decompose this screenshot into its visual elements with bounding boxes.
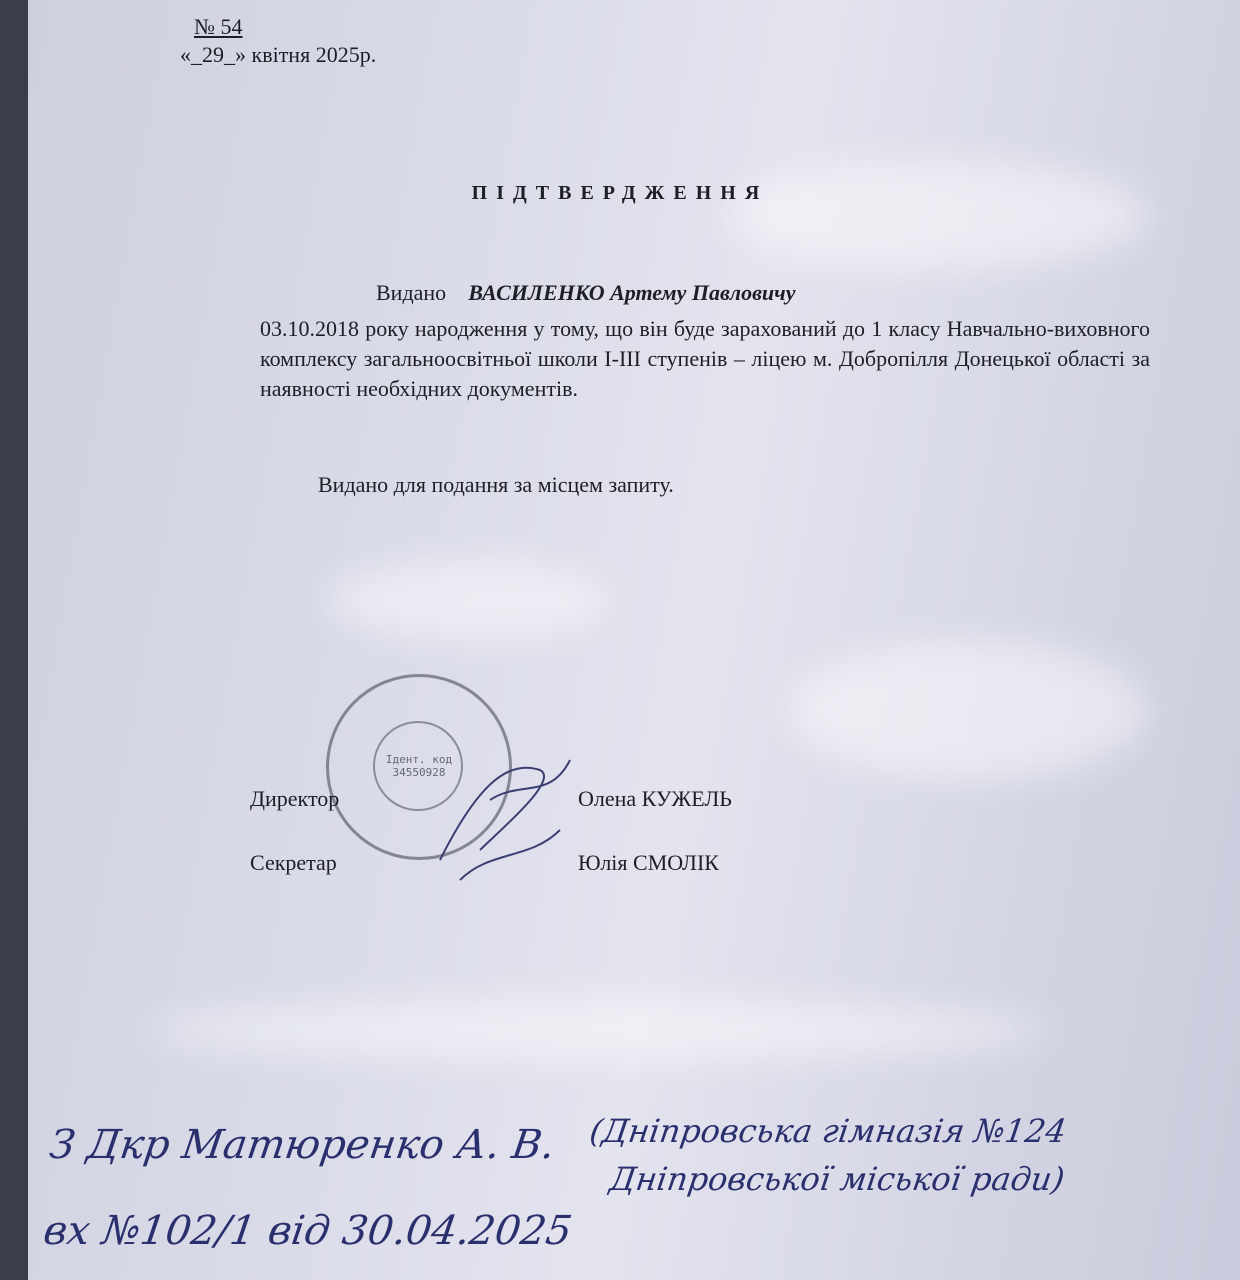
secretary-role: Секретар	[250, 850, 337, 876]
document-body: 03.10.2018 року народження у тому, що ві…	[260, 314, 1150, 404]
handwritten-note-line3: вх №102/1 від 30.04.2025	[41, 1208, 575, 1254]
document-date: «_29_» квітня 2025р.	[180, 42, 376, 68]
stamp-code: Ідент. код 34550928	[379, 753, 459, 779]
director-name: Олена КУЖЕЛЬ	[578, 786, 732, 812]
issued-line: ВиданоВАСИЛЕНКО Артему Павловичу	[376, 280, 795, 306]
secretary-name: Юлія СМОЛІК	[578, 850, 719, 876]
document-purpose: Видано для подання за місцем запиту.	[318, 472, 674, 498]
handwritten-note-line1: З Дкр Матюренко А. В.	[47, 1122, 558, 1168]
handwritten-note-line2a: (Дніпровська гімназія №124	[587, 1112, 1068, 1150]
document-number: № 54	[194, 14, 243, 40]
person-name: ВАСИЛЕНКО Артему Павловичу	[468, 280, 795, 305]
director-role: Директор	[250, 786, 339, 812]
document-title: ПІДТВЕРДЖЕННЯ	[0, 182, 1240, 205]
issued-label: Видано	[376, 280, 446, 305]
handwritten-note-line2b: Дніпровської міської ради)	[607, 1160, 1067, 1198]
